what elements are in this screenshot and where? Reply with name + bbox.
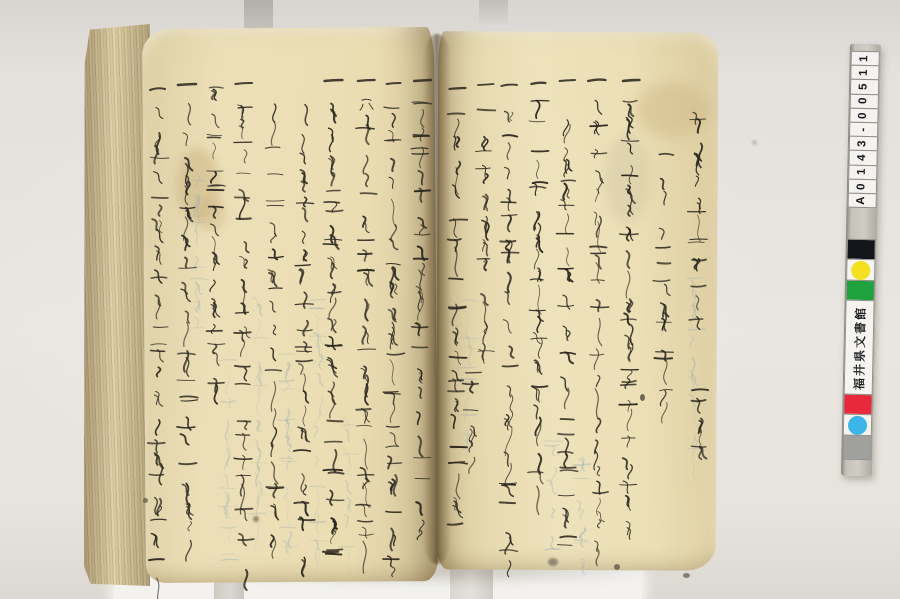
- photo-scene: 11500-3410A 福井県文書館: [0, 0, 900, 599]
- paper-stain: [640, 394, 645, 401]
- color-patch-yellow-circle: [846, 259, 875, 282]
- paper-stain: [683, 573, 690, 578]
- paper-stain: [196, 196, 226, 232]
- id-character: 1: [859, 55, 871, 62]
- id-character: 1: [859, 69, 871, 76]
- color-patch-gray-square: [842, 435, 872, 461]
- open-manuscript-book: [0, 0, 900, 599]
- id-character: 1: [857, 169, 869, 176]
- color-patch-cyan-circle: [843, 414, 872, 437]
- color-calibration-patches: 福井県文書館: [842, 240, 876, 461]
- catalog-id-tiles: 11500-3410A: [848, 52, 880, 209]
- paper-stain: [636, 82, 710, 138]
- color-patch-label: 福井県文書館: [844, 300, 875, 396]
- paper-stain: [253, 516, 259, 522]
- paper-stain: [614, 564, 620, 570]
- id-character: 4: [857, 155, 869, 162]
- id-character: -: [858, 127, 870, 131]
- color-patch-black-square: [846, 239, 875, 261]
- id-character: 0: [858, 98, 870, 105]
- color-patch-red-square: [843, 394, 872, 416]
- color-patch-green-square: [846, 280, 875, 302]
- paper-stain: [604, 134, 650, 224]
- id-character: 5: [859, 84, 871, 91]
- archive-label-text: 福井県文書館: [850, 305, 869, 389]
- paper-stains: [0, 0, 900, 599]
- paper-stain: [143, 498, 148, 503]
- paper-stain: [752, 140, 757, 145]
- id-character: 0: [858, 112, 870, 119]
- id-character-tile: A: [848, 193, 877, 209]
- id-character: 3: [858, 140, 870, 147]
- id-character: A: [856, 196, 868, 205]
- id-character: 0: [857, 183, 869, 190]
- paper-stain: [548, 558, 558, 566]
